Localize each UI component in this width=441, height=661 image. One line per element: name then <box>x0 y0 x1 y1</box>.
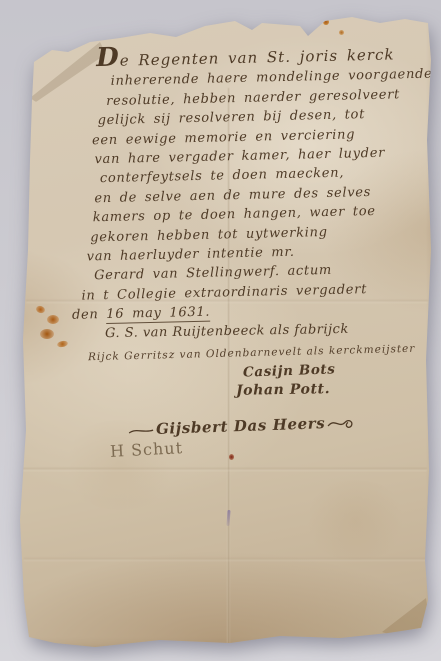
paper-mottling <box>300 480 410 560</box>
date-prefix: den <box>72 307 107 323</box>
signature-witness: H Schut <box>110 438 184 461</box>
photo-backdrop: No. 25. 7 De Regenten van St. joris kerc… <box>0 0 441 661</box>
red-numeral: 7 <box>102 23 112 38</box>
signature-trailing-flourish-icon <box>327 416 357 431</box>
archive-number: No. 25. <box>43 27 84 45</box>
rust-stain <box>339 30 344 35</box>
rust-stain <box>323 19 329 25</box>
ink-blot <box>229 454 234 460</box>
signature-council-member: Johan Pott. <box>236 381 330 399</box>
signature-leading-flourish-icon <box>128 425 154 436</box>
signature-council-member: Casijn Bots <box>243 361 336 380</box>
paper-sheet: No. 25. 7 De Regenten van St. joris kerc… <box>0 0 441 661</box>
date-underlined: 16 may 1631. <box>106 305 210 324</box>
paper-surface: No. 25. 7 De Regenten van St. joris kerc… <box>0 0 441 661</box>
manuscript-text: De Regenten van St. joris kerck inherere… <box>60 42 438 326</box>
rust-stain <box>40 329 54 339</box>
rust-stain <box>47 315 59 324</box>
